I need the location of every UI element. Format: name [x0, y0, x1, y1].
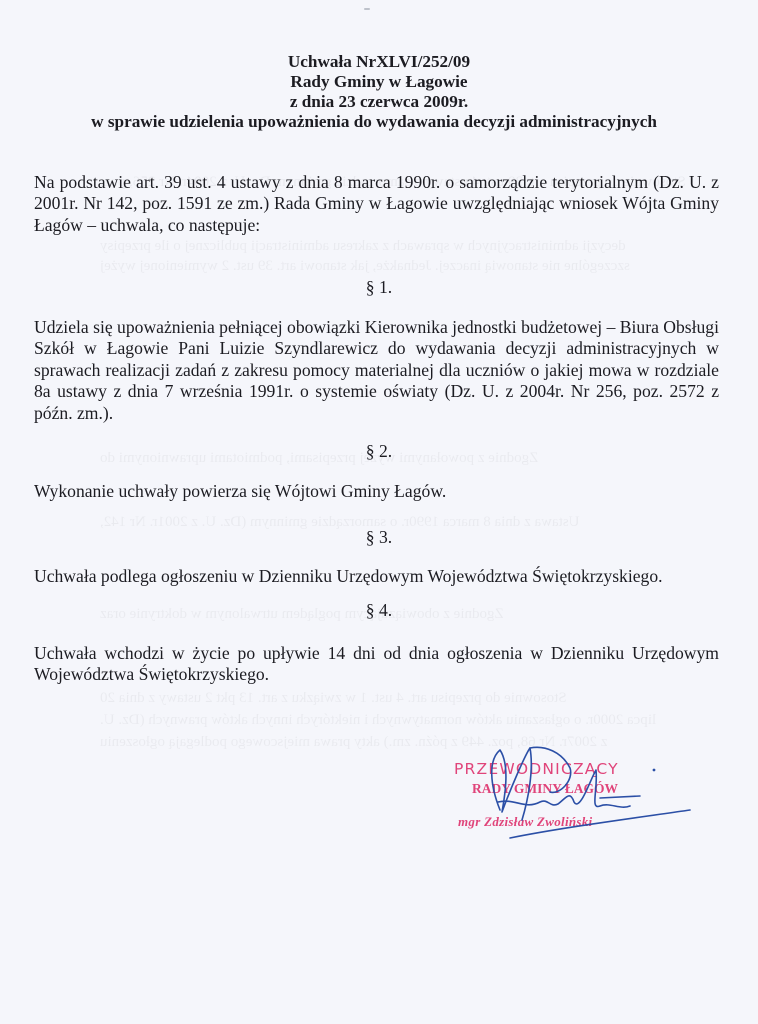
section-2-mark: § 2. — [0, 441, 758, 462]
bleed-through-text: Stosownie do przepisu art. 4 ust. 1 w zw… — [100, 688, 567, 709]
section-2-text: Wykonanie uchwały powierza się Wójtowi G… — [34, 481, 719, 502]
bleed-through-text: szczególne nie stanowią inaczej. Jednakż… — [100, 256, 630, 277]
resolution-date: z dnia 23 czerwca 2009r. — [40, 92, 718, 112]
section-3-text: Uchwała podlega ogłoszeniu w Dzienniku U… — [34, 566, 719, 587]
resolution-header: Uchwała NrXLVI/252/09 Rady Gminy w Łagow… — [40, 52, 718, 132]
section-4-text: Uchwała wchodzi w życie po upływie 14 dn… — [34, 643, 719, 686]
resolution-subject: w sprawie udzielenia upoważnienia do wyd… — [30, 112, 718, 132]
resolution-issuer: Rady Gminy w Łagowie — [40, 72, 718, 92]
section-3-mark: § 3. — [0, 527, 758, 548]
resolution-title: Uchwała NrXLVI/252/09 — [40, 52, 718, 72]
scanned-document-page: Stosownie do przepisu art. 39 ust. 4 ust… — [0, 0, 758, 1024]
scan-artifact — [364, 8, 370, 10]
section-1-text: Udziela się upoważnienia pełniącej obowi… — [34, 317, 719, 424]
bleed-through-text: lipca 2000r. o ogłaszaniu aktów normatyw… — [100, 710, 656, 731]
preamble-paragraph: Na podstawie art. 39 ust. 4 ustawy z dni… — [34, 172, 719, 236]
stamp-name: mgr Zdzisław Zwoliński — [458, 814, 592, 830]
stamp-council: RADY GMINY ŁAGÓW — [472, 781, 618, 797]
bleed-through-text: decyzji administracyjnych w sprawach z z… — [100, 236, 626, 257]
bleed-through-text: z 2007r. Nr 68, poz. 449 z późn. zm.) ak… — [100, 732, 607, 753]
section-4-mark: § 4. — [0, 600, 758, 621]
section-1-mark: § 1. — [0, 277, 758, 298]
stamp-title: PRZEWODNICZĄCY — [454, 760, 619, 778]
chairman-stamp: PRZEWODNICZĄCY RADY GMINY ŁAGÓW mgr Zdzi… — [432, 754, 692, 844]
